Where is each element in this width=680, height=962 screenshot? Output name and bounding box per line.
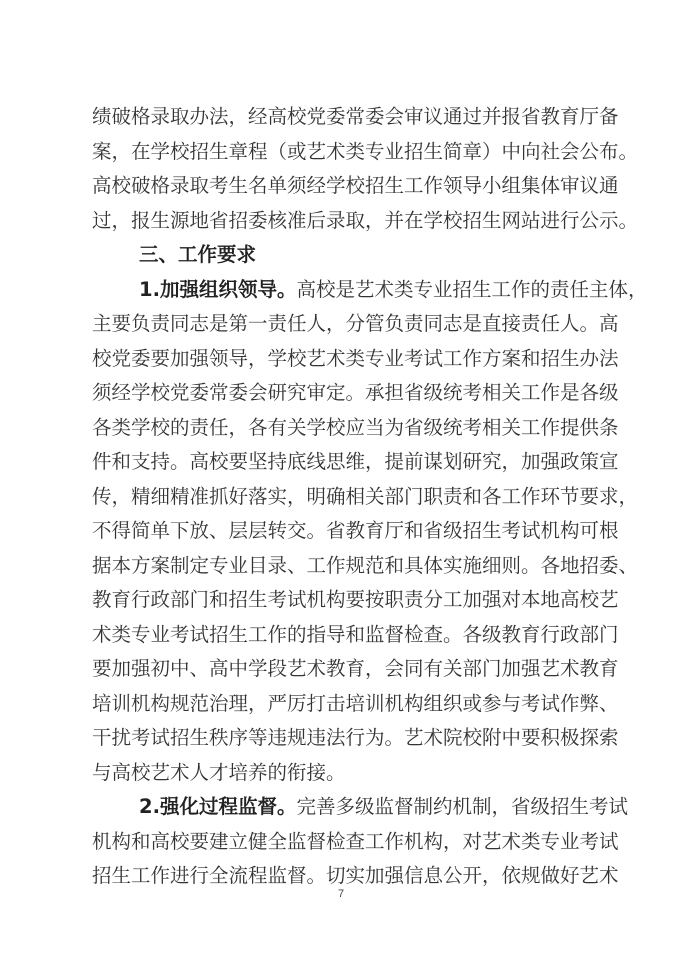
- text-line: 不得简单下放、层层转交。省教育厅和省级招生考试机构可根: [92, 514, 589, 549]
- text-line: 干扰考试招生秩序等违规违法行为。艺术院校附中要积极探索: [92, 721, 589, 756]
- item-2-first-line: 2.强化过程监督。完善多级监督制约机制，省级招生考试: [92, 790, 589, 825]
- text-line: 高校破格录取考生名单须经学校招生工作领导小组集体审议通: [92, 169, 589, 204]
- text-line: 案，在学校招生章程（或艺术类专业招生简章）中向社会公布。: [92, 135, 589, 170]
- text-line: 与高校艺术人才培养的衔接。: [92, 756, 589, 791]
- item-1-first-line: 1.加强组织领导。高校是艺术类专业招生工作的责任主体，: [92, 273, 589, 308]
- item-1-lead: 1.加强组织领导。: [139, 278, 296, 301]
- text-line: 件和支持。高校要坚持底线思维，提前谋划研究，加强政策宣: [92, 445, 589, 480]
- text-line: 过，报生源地省招委核准后录取，并在学校招生网站进行公示。: [92, 204, 589, 239]
- text-line: 绩破格录取办法，经高校党委常委会审议通过并报省教育厅备: [92, 100, 589, 135]
- item-2-text: 完善多级监督制约机制，省级招生考试: [296, 795, 628, 818]
- item-2-lead: 2.强化过程监督。: [139, 795, 296, 818]
- text-line: 要加强初中、高中学段艺术教育，会同有关部门加强艺术教育: [92, 652, 589, 687]
- document-body: 绩破格录取办法，经高校党委常委会审议通过并报省教育厅备 案，在学校招生章程（或艺…: [92, 100, 589, 894]
- page-number: 7: [336, 888, 346, 900]
- text-line: 术类专业考试招生工作的指导和监督检查。各级教育行政部门: [92, 618, 589, 653]
- text-line: 据本方案制定专业目录、工作规范和具体实施细则。各地招委、: [92, 549, 589, 584]
- text-line: 传，精细精准抓好落实，明确相关部门职责和各工作环节要求，: [92, 480, 589, 515]
- section-heading: 三、工作要求: [92, 238, 589, 273]
- text-line: 校党委要加强领导，学校艺术类专业考试工作方案和招生办法: [92, 342, 589, 377]
- text-line: 各类学校的责任，各有关学校应当为省级统考相关工作提供条: [92, 411, 589, 446]
- text-line: 主要负责同志是第一责任人，分管负责同志是直接责任人。高: [92, 307, 589, 342]
- item-1-text: 高校是艺术类专业招生工作的责任主体，: [296, 278, 647, 301]
- text-line: 培训机构规范治理，严厉打击培训机构组织或参与考试作弊、: [92, 687, 589, 722]
- text-line: 教育行政部门和招生考试机构要按职责分工加强对本地高校艺: [92, 583, 589, 618]
- document-page: 绩破格录取办法，经高校党委常委会审议通过并报省教育厅备 案，在学校招生章程（或艺…: [0, 0, 680, 962]
- text-line: 须经学校党委常委会研究审定。承担省级统考相关工作是各级: [92, 376, 589, 411]
- text-line: 机构和高校要建立健全监督检查工作机构，对艺术类专业考试: [92, 825, 589, 860]
